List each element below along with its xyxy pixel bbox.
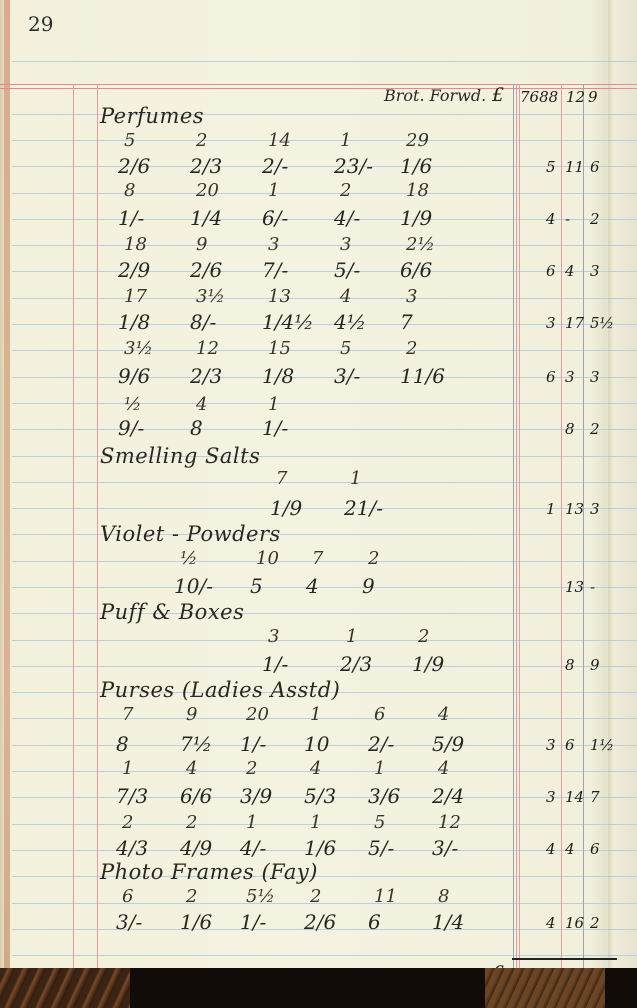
amount-pence: 5½	[590, 314, 614, 332]
brought-forward-label: Brot. Forwd.	[384, 86, 486, 105]
amount-pounds: 4	[546, 914, 556, 932]
item-price: 1/6	[180, 910, 212, 934]
ruled-line	[12, 903, 637, 904]
item-quantity: 1	[374, 758, 385, 779]
item-price: 1/9	[412, 652, 444, 676]
item-price: 11/6	[400, 364, 445, 388]
item-price: 1/4½	[262, 310, 314, 334]
item-price: 4/-	[240, 836, 266, 860]
ruled-line	[12, 193, 637, 194]
item-quantity: 1	[310, 812, 321, 833]
ruled-line	[12, 377, 637, 378]
item-price: 3/-	[116, 910, 142, 934]
item-price: 23/-	[334, 154, 373, 178]
item-quantity: 5	[340, 338, 351, 359]
item-price: 2/6	[118, 154, 150, 178]
pounds-column-rule-grey	[513, 84, 514, 968]
item-quantity: 3½	[124, 338, 153, 359]
brought-forward-pence: 9	[588, 88, 598, 106]
item-price: 1/8	[262, 364, 294, 388]
ledger-page: 29 Brot. Forwd. £ 7688 12 9 Perfumes5214…	[0, 0, 637, 968]
amount-pence: 3	[590, 500, 600, 518]
item-price: 4/3	[116, 836, 148, 860]
item-quantity: 4	[340, 286, 351, 307]
item-price: 1/6	[400, 154, 432, 178]
page-binding-edge	[4, 0, 10, 968]
item-price: 6/6	[400, 258, 432, 282]
item-quantity: 4	[186, 758, 197, 779]
amount-shillings: 14	[565, 788, 584, 806]
item-price: 9/6	[118, 364, 150, 388]
item-quantity: 7	[276, 468, 287, 489]
section-heading: Smelling Salts	[100, 444, 260, 468]
brought-forward-shillings: 12	[566, 88, 585, 106]
item-quantity: 2	[196, 130, 207, 151]
item-quantity: 8	[438, 886, 449, 907]
amount-shillings: 11	[565, 158, 584, 176]
page-number: 29	[28, 12, 53, 36]
item-quantity: 1	[268, 180, 279, 201]
item-price: 9/-	[118, 416, 144, 440]
item-price: 10/-	[174, 574, 213, 598]
ruled-line	[12, 140, 637, 141]
item-quantity: 5	[374, 812, 385, 833]
ruled-line	[12, 429, 637, 430]
item-price: 2/3	[190, 154, 222, 178]
item-price: 4/9	[180, 836, 212, 860]
amount-pence: 6	[590, 840, 600, 858]
section-heading: Purses (Ladies Asstd)	[100, 678, 340, 702]
amount-pounds: 3	[546, 314, 556, 332]
pence-column-rule	[583, 84, 584, 968]
ruled-line	[12, 561, 637, 562]
amount-pence: 2	[590, 914, 600, 932]
item-quantity: 2	[418, 626, 429, 647]
margin-line-left	[73, 84, 74, 968]
item-price: 1/8	[118, 310, 150, 334]
amount-pence: 6	[590, 158, 600, 176]
shillings-column-rule	[561, 84, 562, 968]
item-price: 4½	[334, 310, 366, 334]
amount-pence: 2	[590, 210, 600, 228]
item-quantity: 2½	[406, 234, 435, 255]
item-price: 6/6	[180, 784, 212, 808]
ruled-line	[12, 403, 637, 404]
item-quantity: ½	[124, 394, 141, 415]
item-quantity: 18	[124, 234, 147, 255]
item-price: 7½	[180, 732, 212, 756]
item-quantity: 18	[406, 180, 429, 201]
item-quantity: 10	[256, 548, 279, 569]
item-price: 21/-	[344, 496, 383, 520]
book-edge	[0, 968, 637, 1008]
item-price: 6/-	[262, 206, 288, 230]
ruled-line	[12, 508, 637, 509]
amount-pounds: 4	[546, 210, 556, 228]
amount-pence: 1½	[590, 736, 614, 754]
item-quantity: 4	[310, 758, 321, 779]
item-price: 3/-	[432, 836, 458, 860]
pounds-column-rule-red-b	[519, 84, 520, 968]
item-quantity: 3	[340, 234, 351, 255]
ruled-line	[12, 298, 637, 299]
item-quantity: 2	[340, 180, 351, 201]
item-price: 2/3	[190, 364, 222, 388]
item-price: 10	[304, 732, 329, 756]
item-price: 3/9	[240, 784, 272, 808]
item-price: 1/-	[118, 206, 144, 230]
item-quantity: 1	[122, 758, 133, 779]
item-quantity: ½	[180, 548, 197, 569]
amount-shillings: -	[565, 210, 570, 228]
amount-shillings: 17	[565, 314, 584, 332]
item-quantity: 8	[124, 180, 135, 201]
item-price: 3/-	[334, 364, 360, 388]
item-quantity: 1	[346, 626, 357, 647]
item-quantity: 14	[268, 130, 291, 151]
pounds-column-rule-red-a	[516, 84, 517, 968]
item-quantity: 2	[246, 758, 257, 779]
item-quantity: 3	[268, 234, 279, 255]
item-price: 5	[250, 574, 263, 598]
ruled-line	[12, 771, 637, 772]
amount-shillings: 4	[565, 262, 575, 280]
item-quantity: 15	[268, 338, 291, 359]
item-price: 1/-	[262, 416, 288, 440]
amount-pounds: 6	[546, 368, 556, 386]
item-price: 4/-	[334, 206, 360, 230]
item-quantity: 2	[368, 548, 379, 569]
item-quantity: 20	[196, 180, 219, 201]
item-quantity: 4	[438, 704, 449, 725]
amount-shillings: 8	[565, 656, 575, 674]
ruled-line	[12, 245, 637, 246]
item-quantity: 12	[196, 338, 219, 359]
ruled-line	[12, 61, 637, 62]
amount-shillings: 13	[565, 578, 584, 596]
item-price: 2/4	[432, 784, 464, 808]
amount-pence: 7	[590, 788, 600, 806]
item-price: 7/-	[262, 258, 288, 282]
section-heading: Puff & Boxes	[100, 600, 244, 624]
item-quantity: 1	[350, 468, 361, 489]
amount-shillings: 13	[565, 500, 584, 518]
item-quantity: 17	[124, 286, 147, 307]
amount-pounds: 5	[546, 158, 556, 176]
item-price: 3/6	[368, 784, 400, 808]
amount-pence: 3	[590, 368, 600, 386]
item-price: 5/9	[432, 732, 464, 756]
item-quantity: 11	[374, 886, 397, 907]
item-quantity: 2	[122, 812, 133, 833]
item-price: 1/6	[304, 836, 336, 860]
item-quantity: 5½	[246, 886, 275, 907]
amount-pence: -	[590, 578, 595, 596]
item-quantity: 20	[246, 704, 269, 725]
amount-shillings: 8	[565, 420, 575, 438]
item-quantity: 12	[438, 812, 461, 833]
item-quantity: 1	[340, 130, 351, 151]
item-quantity: 6	[374, 704, 385, 725]
item-price: 2/-	[368, 732, 394, 756]
item-price: 8	[190, 416, 203, 440]
amount-shillings: 4	[565, 840, 575, 858]
item-quantity: 3	[268, 626, 279, 647]
section-heading: Photo Frames (Fay)	[100, 860, 318, 884]
amount-pounds: 3	[546, 736, 556, 754]
item-quantity: 2	[310, 886, 321, 907]
header-rule-top	[0, 84, 637, 85]
item-quantity: 7	[122, 704, 133, 725]
item-quantity: 9	[196, 234, 207, 255]
item-quantity: 3	[406, 286, 417, 307]
amount-pounds: 4	[546, 840, 556, 858]
item-price: 1/9	[400, 206, 432, 230]
ruled-line	[12, 824, 637, 825]
item-quantity: 9	[186, 704, 197, 725]
item-quantity: 4	[196, 394, 207, 415]
item-quantity: 5	[124, 130, 135, 151]
ruled-line	[12, 718, 637, 719]
item-price: 1/-	[262, 652, 288, 676]
item-quantity: 2	[186, 886, 197, 907]
item-price: 9	[362, 574, 375, 598]
ruled-line	[12, 482, 637, 483]
ruled-line	[12, 271, 637, 272]
item-price: 2/-	[262, 154, 288, 178]
item-quantity: 1	[268, 394, 279, 415]
ruled-line	[12, 166, 637, 167]
item-quantity: 2	[186, 812, 197, 833]
amount-shillings: 6	[565, 736, 575, 754]
item-quantity: 6	[122, 886, 133, 907]
item-quantity: 2	[406, 338, 417, 359]
margin-line-right	[97, 84, 98, 968]
amount-pence: 2	[590, 420, 600, 438]
item-price: 2/3	[340, 652, 372, 676]
item-price: 7/3	[116, 784, 148, 808]
item-price: 1/-	[240, 910, 266, 934]
item-price: 5/-	[334, 258, 360, 282]
item-price: 5/3	[304, 784, 336, 808]
ruled-line	[12, 219, 637, 220]
section-heading: Perfumes	[100, 104, 204, 128]
item-price: 2/9	[118, 258, 150, 282]
page-gutter	[608, 0, 637, 968]
item-price: 2/6	[190, 258, 222, 282]
amount-pounds: 1	[546, 500, 556, 518]
item-price: 1/-	[240, 732, 266, 756]
item-price: 2/6	[304, 910, 336, 934]
item-quantity: 1	[246, 812, 257, 833]
ruled-line	[12, 324, 637, 325]
amount-shillings: 16	[565, 914, 584, 932]
item-price: 4	[306, 574, 319, 598]
ruled-line	[12, 587, 637, 588]
item-quantity: 1	[310, 704, 321, 725]
amount-pounds: 6	[546, 262, 556, 280]
section-heading: Violet - Powders	[100, 522, 281, 546]
item-quantity: 7	[312, 548, 323, 569]
item-price: 6	[368, 910, 381, 934]
amount-shillings: 3	[565, 368, 575, 386]
ruled-line	[12, 640, 637, 641]
ruled-line	[12, 955, 637, 956]
amount-pence: 9	[590, 656, 600, 674]
item-price: 8/-	[190, 310, 216, 334]
item-quantity: 13	[268, 286, 291, 307]
item-quantity: 4	[438, 758, 449, 779]
item-price: 1/9	[270, 496, 302, 520]
ruled-line	[12, 350, 637, 351]
item-price: 5/-	[368, 836, 394, 860]
item-price: 1/4	[432, 910, 464, 934]
item-price: 8	[116, 732, 129, 756]
item-price: 1/4	[190, 206, 222, 230]
total-underline	[512, 958, 617, 960]
ruled-line	[12, 666, 637, 667]
item-quantity: 29	[406, 130, 429, 151]
brought-forward-currency: £	[492, 84, 504, 106]
brought-forward-pounds: 7688	[520, 88, 558, 106]
item-price: 7	[400, 310, 413, 334]
amount-pounds: 3	[546, 788, 556, 806]
amount-pence: 3	[590, 262, 600, 280]
item-quantity: 3½	[196, 286, 225, 307]
